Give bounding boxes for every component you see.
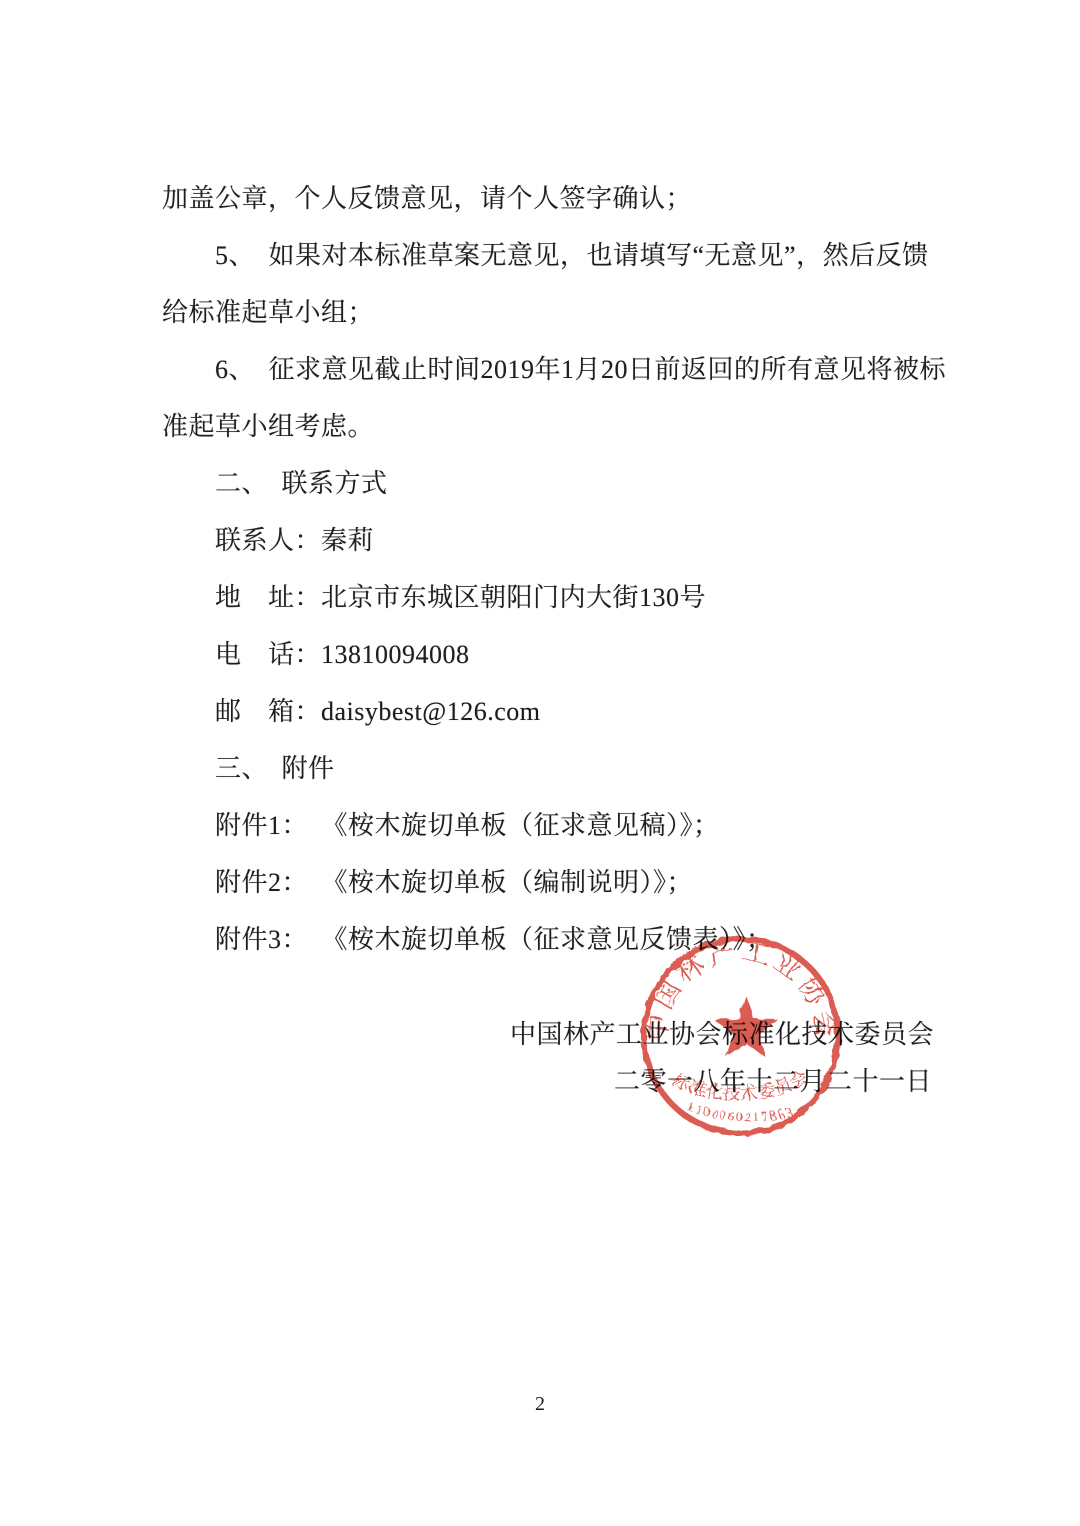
- seal-star-icon: [714, 996, 779, 1058]
- section-heading-attachments: 三、 附件: [162, 740, 946, 797]
- body-line: 6、 征求意见截止时间2019年1月20日前返回的所有意见将被标: [162, 341, 946, 398]
- seal-bottom-arc-text: 标准化技术委员会: [669, 1067, 811, 1104]
- seal-ink: 中国林产工业协会 标准化技术委员会 1100060217863: [641, 936, 841, 1133]
- body-line: 5、 如果对本标准草案无意见，也请填写“无意见”，然后反馈: [162, 227, 946, 284]
- page-number: 2: [0, 1392, 1080, 1416]
- attachment-line-1: 附件1： 《桉木旋切单板（征求意见稿）》；: [162, 797, 946, 854]
- contact-phone-line: 电 话：13810094008: [162, 626, 946, 683]
- contact-address-line: 地 址：北京市东城区朝阳门内大街130号: [162, 569, 946, 626]
- body-line: 给标准起草小组；: [162, 284, 946, 341]
- official-seal: 中国林产工业协会 标准化技术委员会 1100060217863: [636, 931, 846, 1141]
- body-line: 加盖公章，个人反馈意见，请个人签字确认；: [162, 170, 946, 227]
- document-page: 加盖公章，个人反馈意见，请个人签字确认； 5、 如果对本标准草案无意见，也请填写…: [0, 0, 1080, 1526]
- body-line: 准起草小组考虑。: [162, 398, 946, 455]
- attachment-line-2: 附件2： 《桉木旋切单板（编制说明）》；: [162, 854, 946, 911]
- contact-email-line: 邮 箱：daisybest@126.com: [162, 683, 946, 740]
- svg-text:标准化技术委员会: 标准化技术委员会: [669, 1067, 811, 1104]
- document-body: 加盖公章，个人反馈意见，请个人签字确认； 5、 如果对本标准草案无意见，也请填写…: [162, 170, 946, 968]
- section-heading-contact: 二、 联系方式: [162, 455, 946, 512]
- contact-person-line: 联系人：秦莉: [162, 512, 946, 569]
